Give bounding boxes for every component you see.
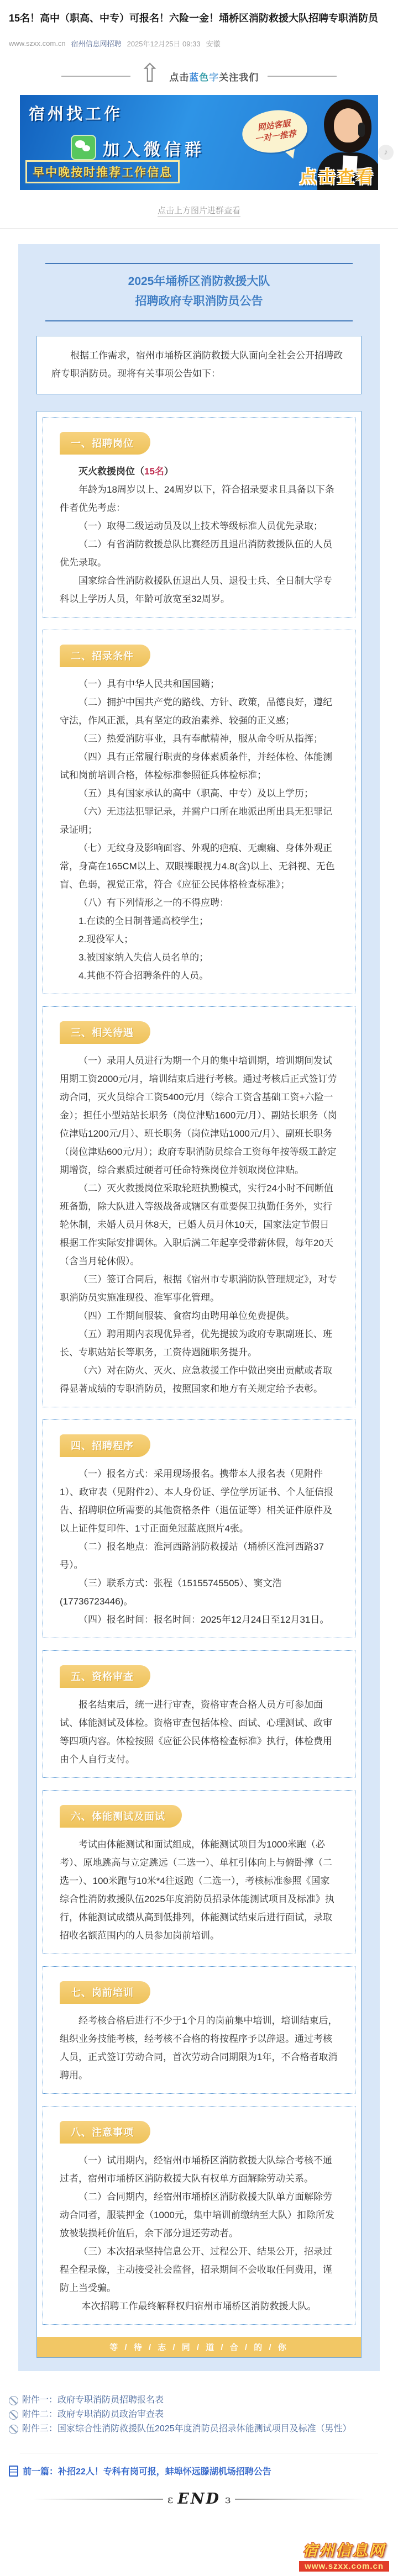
paperclip-icon xyxy=(9,2425,18,2434)
banner-headline: 宿州找工作 xyxy=(29,102,123,124)
attachment-label: 附件三：国家综合性消防救援队伍2025年度消防员招录体能测试项目及标准（男性） xyxy=(22,2422,352,2436)
section-paragraph: 考试由体能测试和面试组成，体能测试项目为1000米跑（必考）、原地跳高与立定跳远… xyxy=(60,1835,338,1945)
section-paragraph: （二）灭火救援岗位采取轮班执勤模式，实行24小时不间断值班备勤，除大队进入等级战… xyxy=(60,1179,338,1270)
section-badge: 四、招聘程序 xyxy=(60,1434,150,1457)
end-label: END xyxy=(177,2490,221,2508)
publish-region: 安徽 xyxy=(206,38,221,49)
section-paragraph: （三）热爱消防事业，具有奉献精神，服从命令听从指挥； xyxy=(60,730,338,748)
section-paragraph: （五）聘用期内表现优异者，优先提拔为政府专职副班长、班长、专职站站长等职务，工资… xyxy=(60,1325,338,1361)
section-paragraph: （一）试用期内，经宿州市埇桥区消防救援大队综合考核不通过者，宿州市埇桥区消防救援… xyxy=(60,2151,338,2188)
section-paragraph: （二）有省消防救援总队比赛经历且退出消防救援队伍的人员优先录取。 xyxy=(60,535,338,572)
section-paragraph: （一）报名方式：采用现场报名。携带本人报名表（见附件1）、政审表（见附件2）、本… xyxy=(60,1465,338,1538)
paperclip-icon xyxy=(9,2396,18,2405)
section-benefits: 三、相关待遇 （一）录用人员进行为期一个月的集中培训期，培训期间发试用期工资20… xyxy=(43,1006,355,1407)
follow-word-teal: 色 xyxy=(199,72,209,83)
end-curl-right: ɜ xyxy=(225,2493,231,2506)
section-pre-job-training: 七、岗前培训 经考核合格后进行不少于1个月的岗前集中培训，培训结束后，组织业务技… xyxy=(43,1966,355,2094)
follow-word: 点击 xyxy=(169,72,189,83)
job-title-prefix: 灭火救援岗位（ xyxy=(78,466,144,477)
wechat-bubble-small-icon xyxy=(82,145,90,151)
section-paragraph: 报名结束后，统一进行审查，资格审查合格人员方可参加面试、体能测试及体检。资格审查… xyxy=(60,1696,338,1769)
section-paragraph: （二）报名地点：淮河西路消防救援站（埇桥区淮河西路37号）。 xyxy=(60,1538,338,1574)
speech-bubble-tail xyxy=(285,149,297,161)
previous-post-title: 前一篇：补招22人！专科有岗可报，蚌埠怀远滕湖机场招聘公告 xyxy=(23,2464,271,2477)
follow-hint-text: 点击蓝色字关注我们 xyxy=(169,70,259,83)
section-paragraph: （二）合同期内，经宿州市埇桥区消防救援大队单方面解除劳动合同者，服装押金（100… xyxy=(60,2188,338,2242)
follow-word-blue: 蓝 xyxy=(189,72,199,83)
job-count: 15名 xyxy=(144,466,164,477)
announcement-heading-line2: 招聘政府专职消防员公告 xyxy=(45,292,353,312)
section-paragraph: （三）签订合同后，根据《宿州市专职消防队管理规定》，对专职消防员实施准现役、准军… xyxy=(60,1270,338,1307)
section-recruit-positions: 一、招聘岗位 灭火救援岗位（15名） 年龄为18周岁以上、24周岁以下，符合招录… xyxy=(43,417,355,617)
site-url: www.szxx.com.cn xyxy=(9,39,66,47)
section-paragraph: 2.现役军人； xyxy=(60,930,338,948)
banner-caption-text: 点击上方图片进群查看 xyxy=(158,206,240,217)
paperclip-icon xyxy=(9,2410,18,2420)
account-link[interactable]: 宿州信息网招聘 xyxy=(71,38,122,49)
end-flourish: ɛ END ɜ xyxy=(33,2490,365,2508)
end-curl-left: ɛ xyxy=(167,2493,173,2506)
site-logo-name: 宿州信息网 xyxy=(303,2538,386,2560)
section-paragraph: （一）具有中华人民共和国国籍； xyxy=(60,675,338,693)
byline: www.szxx.com.cn 宿州信息网招聘 2025年12月25日 09:3… xyxy=(0,33,398,49)
attachment-label: 附件一：政府专职消防员招聘报名表 xyxy=(22,2393,164,2408)
section-badge: 八、注意事项 xyxy=(60,2121,150,2144)
share-float-icon[interactable]: ♪ xyxy=(378,145,394,160)
section-paragraph: （四）工作期间服装、食宿均由聘用单位免费提供。 xyxy=(60,1307,338,1325)
wechat-icon xyxy=(71,135,96,160)
follow-word: 关注我们 xyxy=(219,72,259,83)
service-speech-bubble: 网站客服 一对一推荐 xyxy=(239,106,310,157)
announcement-body: 一、招聘岗位 灭火救援岗位（15名） 年龄为18周岁以上、24周岁以下，符合招录… xyxy=(36,411,362,2358)
headset-icon xyxy=(358,123,365,137)
section-badge: 五、资格审查 xyxy=(60,1665,150,1688)
section-paragraph: 1.在读的全日制普通高校学生； xyxy=(60,912,338,930)
follow-hint-row: ⇧ 点击蓝色字关注我们 xyxy=(19,65,379,87)
section-paragraph: （一）取得二级运动员及以上技术等级标准人员优先录取； xyxy=(60,517,338,535)
divider-line-left xyxy=(61,76,130,77)
section-badge: 二、招录条件 xyxy=(60,645,150,667)
section-paragraph: （七）无纹身及影响面容、外观的疤痕、无癫痫、身体外观正常，身高在165CM以上、… xyxy=(60,839,338,894)
site-logo-url: www.szxx.com.cn xyxy=(299,2561,389,2572)
intro-box: 根据工作需求，宿州市埇桥区消防救援大队面向全社会公开招聘政府专职消防员。现将有关… xyxy=(36,336,362,394)
announcement-container: 2025年埇桥区消防救援大队 招聘政府专职消防员公告 根据工作需求，宿州市埇桥区… xyxy=(18,244,380,2371)
section-divider xyxy=(0,228,398,229)
end-line-left xyxy=(33,2499,163,2500)
section-paragraph: 3.被国家纳入失信人员名单的； xyxy=(60,948,338,967)
attachment-link[interactable]: 附件一：政府专职消防员招聘报名表 xyxy=(9,2393,389,2408)
end-line-right xyxy=(235,2499,365,2500)
section-paragraph: （五）具有国家承认的高中（职高、中专）及以上学历； xyxy=(60,784,338,803)
slogan-bar: 等 / 待 / 志 / 同 / 道 / 合 / 的 / 你 xyxy=(37,2337,361,2357)
section-notes: 八、注意事项 （一）试用期内，经宿州市埇桥区消防救援大队综合考核不通过者，宿州市… xyxy=(43,2106,355,2325)
banner-bottom-strip: 早中晚按时推荐工作信息 xyxy=(25,160,180,183)
section-paragraph: （四）报名时间：报名时间：2025年12月24日至12月31日。 xyxy=(60,1611,338,1629)
section-paragraph: 经考核合格后进行不少于1个月的岗前集中培训，培训结束后，组织业务技能考核，经考核… xyxy=(60,2012,338,2084)
section-paragraph: 国家综合性消防救援队伍退出人员、退役士兵、全日制大学专科以上学历人员，年龄可放宽… xyxy=(60,572,338,608)
section-paragraph: （六）无违法犯罪记录，并需户口所在地派出所出具无犯罪记录证明； xyxy=(60,803,338,839)
section-paragraph: （八）有下列情形之一的不得应聘： xyxy=(60,894,338,912)
section-qualification-review: 五、资格审查 报名结束后，统一进行审查，资格审查合格人员方可参加面试、体能测试及… xyxy=(43,1650,355,1778)
divider-line-right xyxy=(268,76,337,77)
banner-subheadline: 加入微信群 xyxy=(103,136,205,160)
section-paragraph: （四）具有正常履行职责的身体素质条件，并经体检、体能测试和岗前培训合格，体检标准… xyxy=(60,748,338,784)
document-icon xyxy=(9,2466,18,2477)
section-physical-test-interview: 六、体能测试及面试 考试由体能测试和面试组成，体能测试项目为1000米跑（必考）… xyxy=(43,1790,355,1954)
section-paragraph: （六）对在防火、灭火、应急救援工作中做出突出贡献或者取得显著成绩的专职消防员，按… xyxy=(60,1361,338,1398)
section-paragraph: （二）拥护中国共产党的路线、方针、政策，品德良好，遵纪守法，作风正派，具有坚定的… xyxy=(60,693,338,730)
announcement-heading: 2025年埇桥区消防救援大队 招聘政府专职消防员公告 xyxy=(45,263,353,321)
wechat-group-banner[interactable]: 宿州找工作 加入微信群 网站客服 一对一推荐 早中晚按时推荐工作信息 点击查看 xyxy=(20,95,378,190)
attachment-list: 附件一：政府专职消防员招聘报名表 附件二：政府专职消防员政治审查表 附件三：国家… xyxy=(9,2393,389,2436)
section-recruit-procedure: 四、招聘程序 （一）报名方式：采用现场报名。携带本人报名表（见附件1）、政审表（… xyxy=(43,1419,355,1638)
section-paragraph: 年龄为18周岁以上、24周岁以下，符合招录要求且具备以下条件者优先考虑： xyxy=(60,481,338,517)
section-paragraph: （三）本次招录坚持信息公开、过程公开、结果公开，招录过程全程录像，主动接受社会监… xyxy=(60,2242,338,2297)
attachment-link[interactable]: 附件二：政府专职消防员政治审查表 xyxy=(9,2408,389,2422)
job-title-line: 灭火救援岗位（15名） xyxy=(60,462,338,481)
section-badge: 一、招聘岗位 xyxy=(60,432,150,455)
section-paragraph: （三）联系方式：张程（15155745505）、窦文浩(17736723446)… xyxy=(60,1574,338,1611)
section-recruit-conditions: 二、招录条件 （一）具有中华人民共和国国籍； （二）拥护中国共产党的路线、方针、… xyxy=(43,630,355,994)
attachment-link[interactable]: 附件三：国家综合性消防救援队伍2025年度消防员招录体能测试项目及标准（男性） xyxy=(9,2422,389,2436)
footer-divider xyxy=(20,2453,378,2453)
section-badge: 三、相关待遇 xyxy=(60,1021,150,1044)
publish-datetime: 2025年12月25日 09:33 xyxy=(127,38,201,49)
section-paragraph: （一）录用人员进行为期一个月的集中培训期，培训期间发试用期工资2000元/月，培… xyxy=(60,1052,338,1179)
banner-caption: 点击上方图片进群查看 xyxy=(0,204,398,216)
announcement-heading-line1: 2025年埇桥区消防救援大队 xyxy=(45,272,353,292)
previous-post-link[interactable]: 前一篇：补招22人！专科有岗可报，蚌埠怀远滕湖机场招聘公告 xyxy=(9,2464,389,2477)
section-badge: 七、岗前培训 xyxy=(60,1981,150,2004)
follow-word-lightblue: 字 xyxy=(209,72,219,83)
section-badge: 六、体能测试及面试 xyxy=(60,1805,182,1828)
arrow-up-icon: ⇧ xyxy=(139,62,161,84)
intro-paragraph: 根据工作需求，宿州市埇桥区消防救援大队面向全社会公开招聘政府专职消防员。现将有关… xyxy=(51,346,347,383)
page-title: 15名！高中（职高、中专）可报名！六险一金！埇桥区消防救援大队招聘专职消防员 xyxy=(0,7,398,26)
site-logo: 宿州信息网 www.szxx.com.cn xyxy=(299,2538,389,2572)
attachment-label: 附件二：政府专职消防员政治审查表 xyxy=(22,2408,164,2422)
section-paragraph: 4.其他不符合招聘条件的人员。 xyxy=(60,967,338,985)
closing-statement: 本次招聘工作最终解释权归宿州市埇桥区消防救援大队。 xyxy=(60,2297,338,2315)
banner-cta[interactable]: 点击查看 xyxy=(300,163,375,188)
job-title-suffix: ） xyxy=(164,466,174,477)
